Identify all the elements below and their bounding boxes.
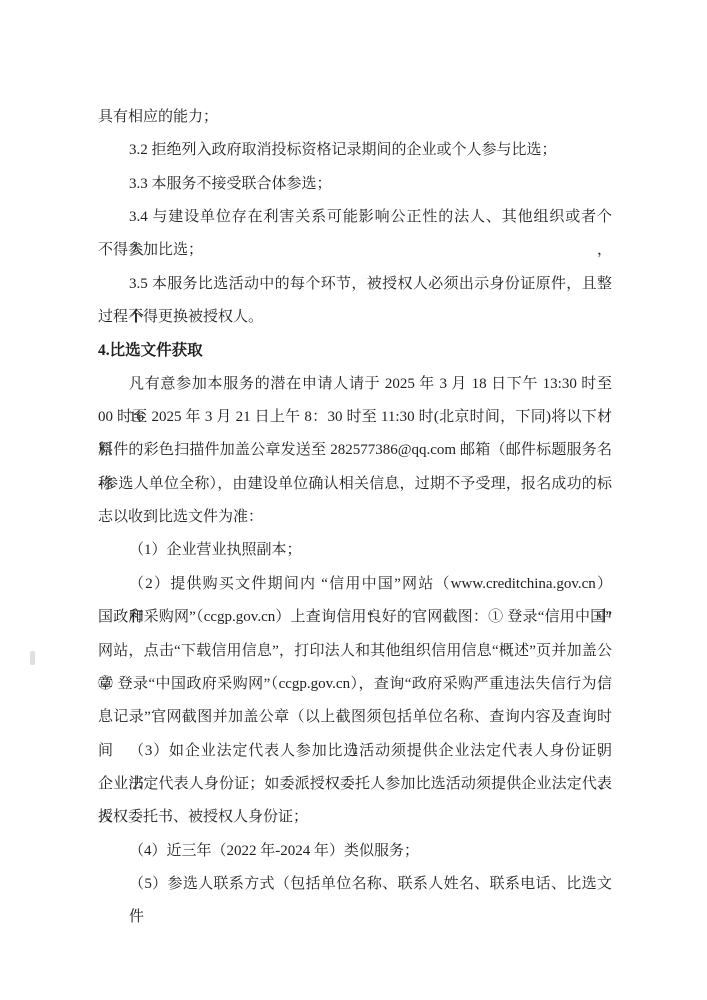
text-line: 国政府采购网”（ccgp.gov.cn）上查询信用良好的官网截图：① 登录“信用…: [98, 601, 612, 634]
document-page: 具有相应的能力；3.2 拒绝列入政府取消投标资格记录期间的企业或个人参与比选；3…: [0, 0, 707, 1000]
document-body: 具有相应的能力；3.2 拒绝列入政府取消投标资格记录期间的企业或个人参与比选；3…: [98, 101, 612, 901]
text-line: -参选人单位全称），由建设单位确认相关信息，过期不予受理，报名成功的标: [98, 468, 612, 501]
text-line: （4）近三年（2022 年-2024 年）类似服务；: [98, 835, 612, 868]
text-line: 00 时至 2025 年 3 月 21 日上午 8：30 时至 11:30 时(…: [98, 401, 612, 434]
text-line: （3）如企业法定代表人参加比选活动须提供企业法定代表人身份证明书、: [98, 735, 612, 768]
section-heading: 4.比选文件获取: [98, 334, 612, 367]
text-line: 3.3 本服务不接受联合体参选；: [98, 168, 612, 201]
text-line: 3.5 本服务比选活动中的每个环节，被授权人必须出示身份证原件，且整个: [98, 268, 612, 301]
text-line: 凡有意参加本服务的潜在申请人请于 2025 年 3 月 18 日下午 13:30…: [98, 368, 612, 401]
text-line: 过程不得更换被授权人。: [98, 301, 612, 334]
text-line: （5）参选人联系方式（包括单位名称、联系人姓名、联系电话、比选文件: [98, 868, 612, 901]
text-line: （2）提供购买文件期间内 “信用中国”网站（www.creditchina.go…: [98, 568, 612, 601]
text-line: 具有相应的能力；: [98, 101, 612, 134]
text-line: 原件的彩色扫描件加盖公章发送至 282577386@qq.com 邮箱（邮件标题…: [98, 434, 612, 467]
text-line: ② 登录“中国政府采购网”（ccgp.gov.cn），查询“政府采购严重违法失信…: [98, 668, 612, 701]
scan-artifact: [30, 651, 35, 665]
text-line: 3.2 拒绝列入政府取消投标资格记录期间的企业或个人参与比选；: [98, 134, 612, 167]
text-line: 3.4 与建设单位存在利害关系可能影响公正性的法人、其他组织或者个人，: [98, 201, 612, 234]
text-line: 网站，点击“下载信用信息”，打印法人和其他组织信用信息“概述”页并加盖公章；: [98, 635, 612, 668]
text-line: 授权委托书、被授权人身份证；: [98, 801, 612, 834]
text-line: （1）企业营业执照副本；: [98, 534, 612, 567]
text-line: 志以收到比选文件为准：: [98, 501, 612, 534]
text-line: 息记录”官网截图并加盖公章（以上截图须包括单位名称、查询内容及查询时间）；: [98, 701, 612, 734]
text-line: 企业法定代表人身份证；如委派授权委托人参加比选活动须提供企业法定代表人: [98, 768, 612, 801]
